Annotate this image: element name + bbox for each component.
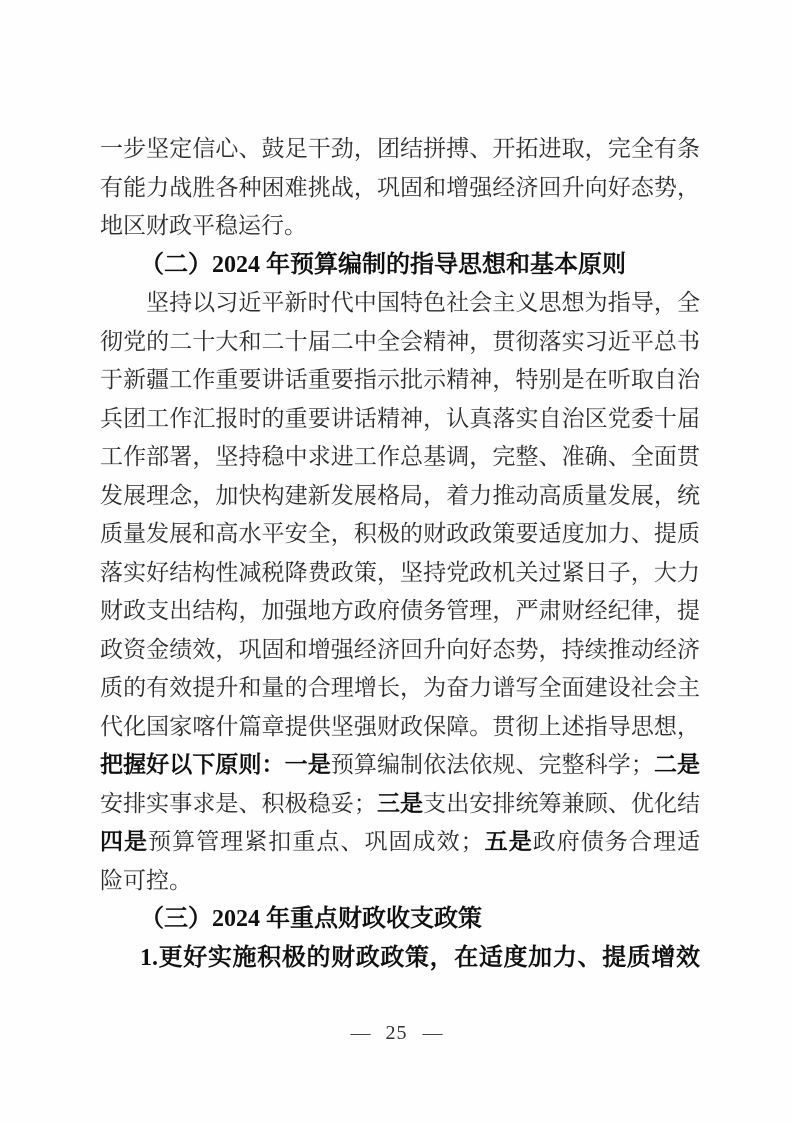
paragraph-guiding-principles-line: 把握好以下原则：一是预算编制依法依规、完整科学；二是收入	[100, 746, 700, 785]
text-segment: 财政支出结构，加强地方政府债务管理，严肃财经纪律，提高财	[100, 598, 700, 631]
paragraph-guiding-principles-line: 安排实事求是、积极稳妥；三是支出安排统筹兼顾、优化结构；	[100, 785, 700, 824]
text-segment: 地区财政平稳运行。	[100, 213, 307, 238]
paragraph-guiding-principles-line: 质的有效提升和量的合理增长，为奋力谱写全面建设社会主义现	[100, 669, 700, 708]
paragraph-guiding-principles-line: 兵团工作汇报时的重要讲话精神，认真落实自治区党委十届历次	[100, 400, 700, 439]
paragraph-guiding-principles-line: 工作部署，坚持稳中求进工作总基调，完整、准确、全面贯彻新	[100, 438, 700, 477]
paragraph-continuation-line: 地区财政平稳运行。	[100, 207, 700, 246]
text-segment: 有能力战胜各种困难挑战，巩固和增强经济回升向好态势，推动	[100, 175, 700, 208]
text-segment: 落实好结构性减税降费政策，坚持党政机关过紧日子，大力优化	[100, 560, 700, 593]
paragraph-guiding-principles-line: 四是预算管理紧扣重点、巩固成效；五是政府债务合理适度、风	[100, 823, 700, 862]
text-segment: 兵团工作汇报时的重要讲话精神，认真落实自治区党委十届历次	[100, 406, 700, 439]
text-segment: 彻党的二十大和二十届二中全会精神，贯彻落实习近平总书记关	[100, 329, 700, 362]
text-segment: 安排实事求是、积极稳妥；	[100, 791, 377, 816]
text-segment: 发展理念，加快构建新发展格局，着力推动高质量发展，统筹高	[100, 483, 700, 516]
text-segment: 预算管理紧扣重点、巩固成效；	[148, 829, 484, 854]
paragraph-guiding-principles-line: 发展理念，加快构建新发展格局，着力推动高质量发展，统筹高	[100, 477, 700, 516]
text-segment: （二）2024 年预算编制的指导思想和基本原则	[140, 252, 626, 278]
page-footer: — 25 —	[0, 1022, 793, 1045]
heading-section-2-line: （二）2024 年预算编制的指导思想和基本原则	[100, 246, 700, 285]
heading-section-3-line: （三）2024 年重点财政收支政策	[100, 900, 700, 939]
text-segment: 工作部署，坚持稳中求进工作总基调，完整、准确、全面贯彻新	[100, 444, 700, 477]
text-segment: 代化国家喀什篇章提供坚强财政保障。贯彻上述指导思想，	[100, 714, 700, 739]
paragraph-guiding-principles-line: 彻党的二十大和二十届二中全会精神，贯彻落实习近平总书记关	[100, 323, 700, 362]
text-segment: 于新疆工作重要讲话重要指示批示精神，特别是在听取自治区和	[100, 367, 700, 400]
text-segment: （三）2024 年重点财政收支政策	[140, 906, 482, 932]
paragraph-guiding-principles-line: 政资金绩效，巩固和增强经济回升向好态势，持续推动经济实现	[100, 631, 700, 670]
text-segment: 预算编制依法依规、完整科学；	[331, 752, 654, 777]
heading-policy-item-1-line: 1.更好实施积极的财政政策，在适度加力、提质增效方面多	[100, 939, 700, 978]
text-segment: 四是	[100, 829, 148, 854]
text-segment: 一步坚定信心、鼓足干劲，团结拼搏、开拓进取，完全有条件、	[100, 136, 700, 169]
text-segment: 二是	[654, 752, 700, 777]
document-page: 一步坚定信心、鼓足干劲，团结拼搏、开拓进取，完全有条件、有能力战胜各种困难挑战，…	[0, 0, 793, 1122]
paragraph-continuation-line: 一步坚定信心、鼓足干劲，团结拼搏、开拓进取，完全有条件、	[100, 130, 700, 169]
text-segment: 质量发展和高水平安全，积极的财政政策要适度加力、提质增效，	[100, 521, 700, 554]
footer-dash-left: —	[351, 1022, 371, 1045]
paragraph-guiding-principles-line: 质量发展和高水平安全，积极的财政政策要适度加力、提质增效，	[100, 515, 700, 554]
page-number: 25	[386, 1022, 408, 1045]
text-segment: 三是	[377, 791, 423, 816]
paragraph-guiding-principles-line: 险可控。	[100, 862, 700, 901]
document-body: 一步坚定信心、鼓足干劲，团结拼搏、开拓进取，完全有条件、有能力战胜各种困难挑战，…	[100, 130, 700, 977]
paragraph-continuation-line: 有能力战胜各种困难挑战，巩固和增强经济回升向好态势，推动	[100, 169, 700, 208]
paragraph-guiding-principles-line: 落实好结构性减税降费政策，坚持党政机关过紧日子，大力优化	[100, 554, 700, 593]
text-segment: 坚持以习近平新时代中国特色社会主义思想为指导，全面贯	[100, 290, 700, 323]
paragraph-guiding-principles-line: 于新疆工作重要讲话重要指示批示精神，特别是在听取自治区和	[100, 361, 700, 400]
text-segment: 险可控。	[100, 868, 192, 893]
text-segment: 政资金绩效，巩固和增强经济回升向好态势，持续推动经济实现	[100, 637, 700, 670]
paragraph-guiding-principles-line: 坚持以习近平新时代中国特色社会主义思想为指导，全面贯	[100, 284, 700, 323]
footer-dash-right: —	[423, 1022, 443, 1045]
text-segment: 1.更好实施积极的财政政策，在适度加力、提质增效方面多	[140, 945, 700, 978]
paragraph-guiding-principles-line: 财政支出结构，加强地方政府债务管理，严肃财经纪律，提高财	[100, 592, 700, 631]
text-segment: 质的有效提升和量的合理增长，为奋力谱写全面建设社会主义现	[100, 675, 700, 708]
text-segment: 把握好以下原则：一是	[100, 752, 331, 777]
paragraph-guiding-principles-line: 代化国家喀什篇章提供坚强财政保障。贯彻上述指导思想，重点	[100, 708, 700, 747]
text-segment: 五是	[484, 829, 533, 854]
